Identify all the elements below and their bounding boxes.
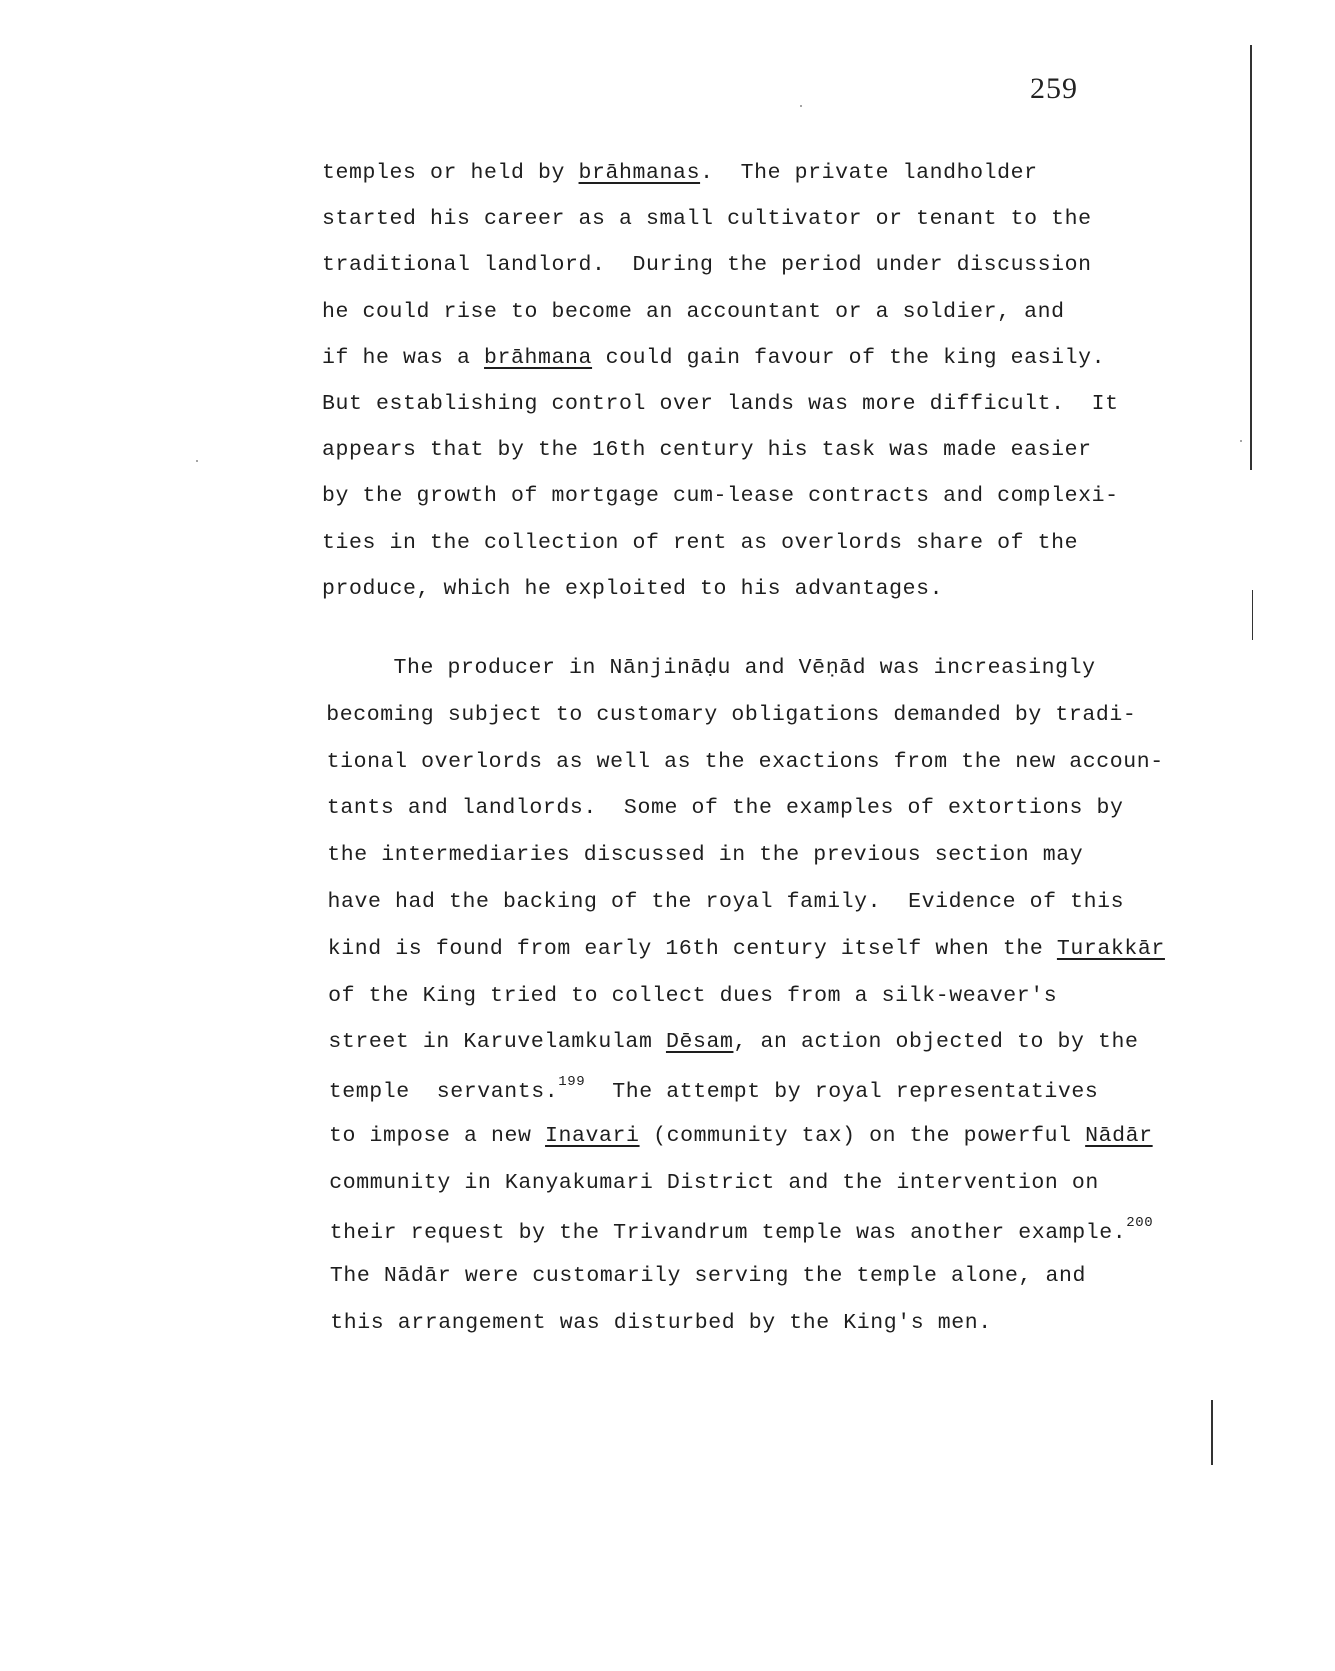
text-run: But establishing control over lands was … — [322, 392, 1119, 416]
text-line: ties in the collection of rent as overlo… — [322, 533, 1078, 555]
text-run: of the King tried to collect dues from a… — [328, 984, 1057, 1008]
text-line: The Nādār were customarily serving the t… — [330, 1266, 1086, 1288]
text-line: appears that by the 16th century his tas… — [322, 440, 1092, 462]
scan-speck — [1240, 440, 1242, 442]
footnote-ref: 200 — [1126, 1215, 1153, 1231]
text-run: to impose a new — [329, 1124, 545, 1148]
text-run: if he was a — [322, 346, 484, 370]
text-run: the intermediaries discussed in the prev… — [327, 843, 1083, 867]
text-line: temple servants.199 The attempt by royal… — [329, 1079, 1099, 1104]
text-run: appears that by the 16th century his tas… — [322, 438, 1092, 462]
text-run: The attempt by royal representatives — [585, 1080, 1098, 1104]
text-line: community in Kanyakumari District and th… — [329, 1173, 1099, 1195]
text-run: started his career as a small cultivator… — [322, 207, 1092, 231]
text-run: ties in the collection of rent as overlo… — [322, 531, 1078, 555]
text-run: their request by the Trivandrum temple w… — [330, 1221, 1127, 1245]
text-line: if he was a brāhmana could gain favour o… — [322, 348, 1105, 370]
scan-margin-line-top — [1250, 45, 1252, 470]
text-line: temples or held by brāhmanas. The privat… — [322, 163, 1038, 185]
text-run: tional overlords as well as the exaction… — [327, 750, 1164, 774]
scan-margin-line-bottom — [1211, 1400, 1213, 1465]
text-run: (community tax) on the powerful — [640, 1124, 1086, 1148]
text-line: produce, which he exploited to his advan… — [322, 579, 943, 601]
text-line: started his career as a small cultivator… — [322, 209, 1092, 231]
scan-speck — [196, 460, 198, 462]
underlined-term: Inavari — [545, 1124, 640, 1148]
text-line: tants and landlords. Some of the example… — [327, 798, 1124, 820]
text-run: The Nādār were customarily serving the t… — [330, 1264, 1086, 1288]
text-run: The producer in Nānjināḍu and Vēṇād was … — [326, 656, 1096, 680]
text-run: tants and landlords. Some of the example… — [327, 796, 1124, 820]
text-run: could gain favour of the king easily. — [592, 346, 1105, 370]
text-line: the intermediaries discussed in the prev… — [327, 845, 1083, 867]
text-line: by the growth of mortgage cum-lease cont… — [322, 486, 1119, 508]
text-line: tional overlords as well as the exaction… — [327, 752, 1164, 774]
underlined-term: Turakkār — [1057, 937, 1165, 961]
text-line: kind is found from early 16th century it… — [328, 939, 1165, 961]
text-line: street in Karuvelamkulam Dēsam, an actio… — [328, 1032, 1138, 1054]
text-run: kind is found from early 16th century it… — [328, 937, 1057, 961]
scan-margin-line-mid — [1252, 590, 1253, 640]
text-run: temple servants. — [329, 1080, 559, 1104]
text-run: community in Kanyakumari District and th… — [329, 1171, 1099, 1195]
text-line: becoming subject to customary obligation… — [326, 705, 1136, 727]
text-line: The producer in Nānjināḍu and Vēṇād was … — [326, 658, 1096, 680]
text-line: have had the backing of the royal family… — [328, 892, 1125, 914]
underlined-term: brāhmana — [484, 346, 592, 370]
underlined-term: brāhmanas — [579, 161, 701, 185]
text-line: to impose a new Inavari (community tax) … — [329, 1126, 1153, 1148]
text-line: But establishing control over lands was … — [322, 394, 1119, 416]
text-run: traditional landlord. During the period … — [322, 253, 1092, 277]
text-run: temples or held by — [322, 161, 579, 185]
text-line: their request by the Trivandrum temple w… — [330, 1220, 1154, 1245]
text-line: of the King tried to collect dues from a… — [328, 986, 1057, 1008]
text-run: by the growth of mortgage cum-lease cont… — [322, 484, 1119, 508]
text-run: becoming subject to customary obligation… — [326, 703, 1136, 727]
text-run: , an action objected to by the — [733, 1030, 1138, 1054]
underlined-term: Nādār — [1085, 1124, 1153, 1148]
text-line: he could rise to become an accountant or… — [322, 302, 1065, 324]
text-run: this arrangement was disturbed by the Ki… — [330, 1311, 992, 1335]
scan-speck — [800, 105, 802, 107]
text-line: this arrangement was disturbed by the Ki… — [330, 1313, 992, 1335]
text-run: street in Karuvelamkulam — [328, 1030, 666, 1054]
text-run: have had the backing of the royal family… — [328, 890, 1125, 914]
footnote-ref: 199 — [558, 1074, 585, 1090]
text-line: traditional landlord. During the period … — [322, 255, 1092, 277]
text-run: he could rise to become an accountant or… — [322, 300, 1065, 324]
underlined-term: Dēsam — [666, 1030, 734, 1054]
page-number: 259 — [1030, 72, 1078, 106]
text-run: . The private landholder — [700, 161, 1038, 185]
text-run: produce, which he exploited to his advan… — [322, 577, 943, 601]
